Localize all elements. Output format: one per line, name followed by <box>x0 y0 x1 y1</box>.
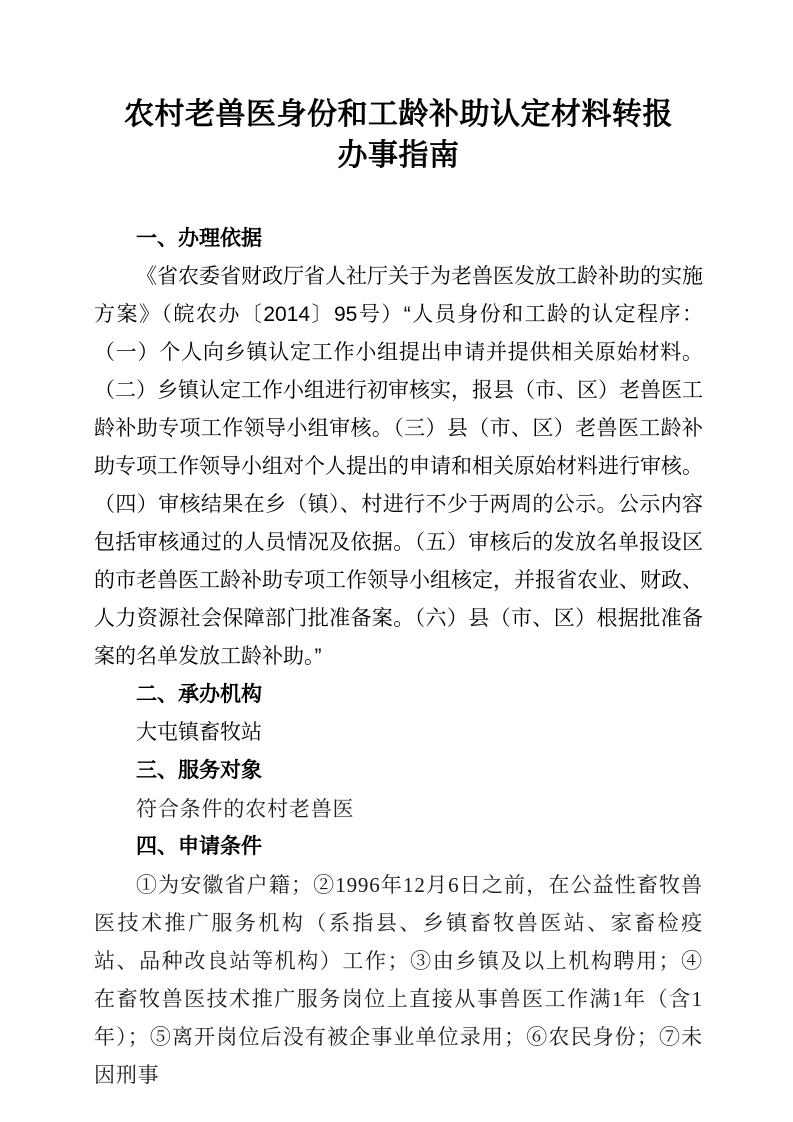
section-body-audience: 符合条件的农村老兽医 <box>94 790 703 828</box>
section-body-agency: 大屯镇畜牧站 <box>94 714 703 752</box>
document-title-line-2: 办事指南 <box>94 135 703 176</box>
document-title-line-1: 农村老兽医身份和工龄补助认定材料转报 <box>94 94 703 135</box>
section-heading-conditions: 四、申请条件 <box>94 828 703 866</box>
section-body-conditions: ①为安徽省户籍；②1996年12月6日之前，在公益性畜牧兽医技术推广服务机构（系… <box>94 866 703 1094</box>
section-heading-agency: 二、承办机构 <box>94 676 703 714</box>
document-page: 农村老兽医身份和工龄补助认定材料转报 办事指南 一、办理依据 《省农委省财政厅省… <box>0 0 793 1122</box>
section-heading-audience: 三、服务对象 <box>94 752 703 790</box>
document-title: 农村老兽医身份和工龄补助认定材料转报 办事指南 <box>94 94 703 176</box>
section-heading-basis: 一、办理依据 <box>94 220 703 258</box>
section-body-basis: 《省农委省财政厅省人社厅关于为老兽医发放工龄补助的实施方案》（皖农办〔2014〕… <box>94 258 703 676</box>
